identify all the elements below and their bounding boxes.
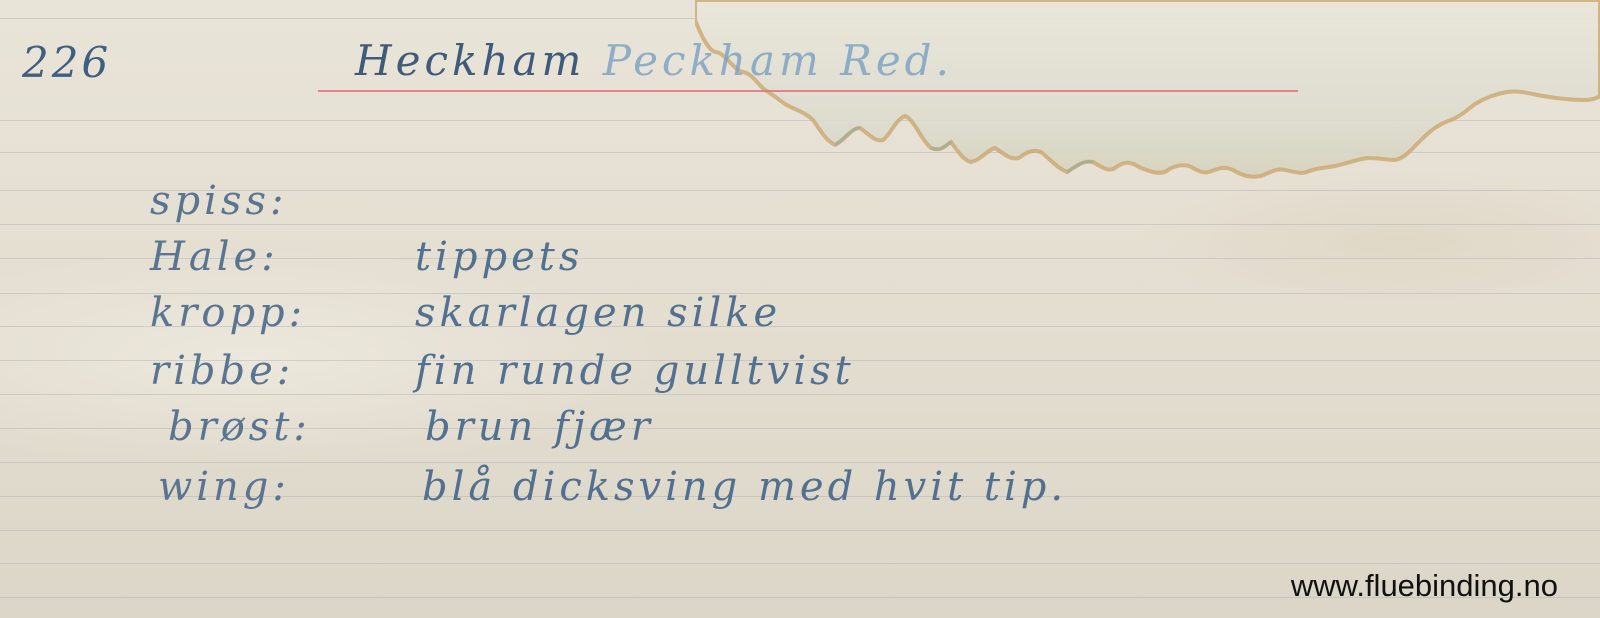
ruled-line	[0, 530, 1600, 531]
ruled-line	[0, 394, 1600, 395]
ruled-line	[0, 462, 1600, 463]
recipe-label: ribbe:	[150, 348, 294, 394]
recipe-title-part1: Heckham	[355, 36, 603, 85]
recipe-title-part2: Peckham Red.	[603, 36, 953, 85]
recipe-value: skarlagen silke	[415, 290, 781, 336]
recipe-label: wing:	[158, 464, 290, 510]
website-watermark: www.fluebinding.no	[1291, 568, 1558, 604]
ruled-line	[0, 563, 1600, 564]
title-underline	[318, 90, 1298, 92]
recipe-value: blå dicksving med hvit tip.	[422, 464, 1067, 510]
ruled-line	[0, 224, 1600, 225]
recipe-label: brøst:	[168, 404, 311, 450]
water-stain	[695, 0, 1600, 185]
recipe-value: tippets	[415, 234, 583, 280]
entry-number: 226	[22, 38, 111, 87]
recipe-value: fin runde gulltvist	[415, 348, 855, 394]
notebook-page: 226 Heckham Peckham Red. spiss: Hale: ti…	[0, 0, 1600, 618]
recipe-label: Hale:	[150, 234, 279, 280]
recipe-label: kropp:	[150, 290, 306, 336]
recipe-value: brun fjær	[425, 404, 654, 450]
recipe-label: spiss:	[150, 178, 287, 224]
recipe-title: Heckham Peckham Red.	[355, 36, 953, 85]
